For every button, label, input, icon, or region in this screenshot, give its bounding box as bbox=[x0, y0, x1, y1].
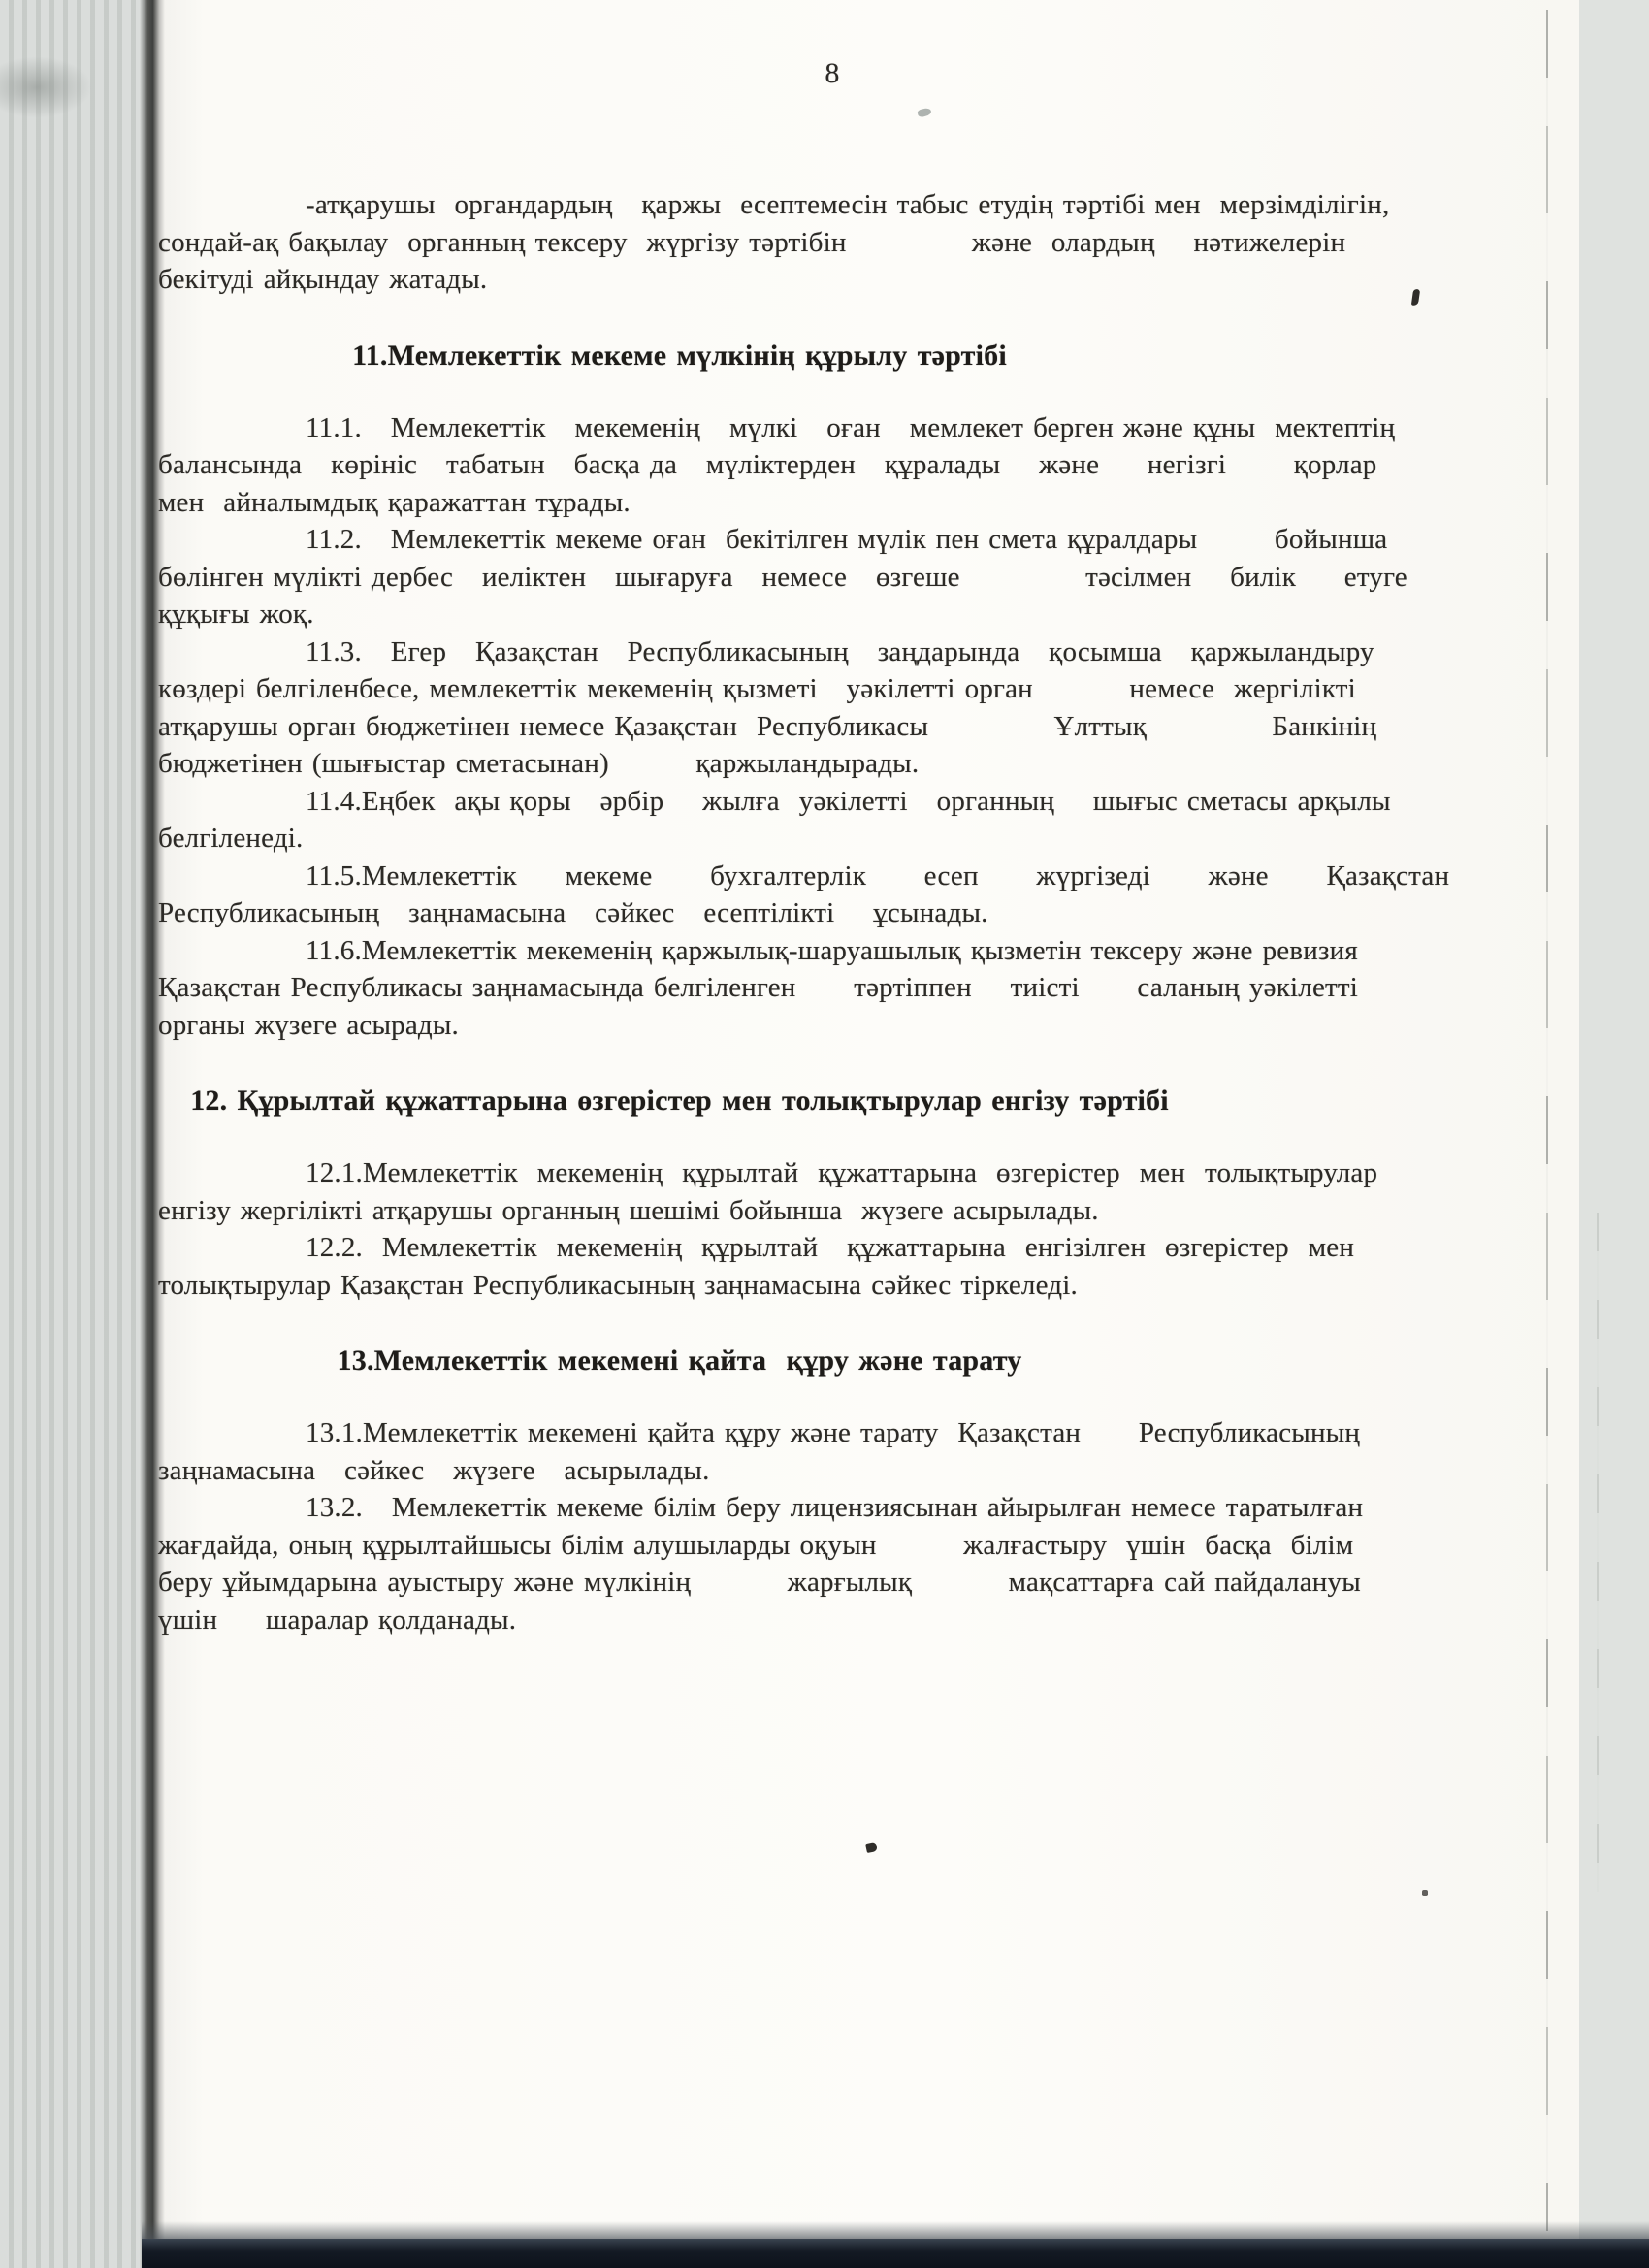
document-blocks: -атқарушы органдардың қаржы есептемесін … bbox=[158, 186, 1516, 1638]
text-line: үшін шаралар қолданады. bbox=[158, 1602, 1516, 1639]
text-line: 12.2. Мемлекеттік мекеменің құрылтай құж… bbox=[158, 1229, 1516, 1267]
text-line: белгіленеді. bbox=[158, 820, 1516, 858]
fold-line bbox=[1546, 10, 1548, 2231]
scanner-margin-right bbox=[1577, 0, 1649, 2268]
text-line: органы жүзеге асырады. bbox=[158, 1007, 1516, 1045]
text-line: -атқарушы органдардың қаржы есептемесін … bbox=[158, 186, 1516, 224]
text-line: Республикасының заңнамасына сәйкес есепт… bbox=[158, 894, 1516, 932]
text-line: 13.1.Мемлекеттік мекемені қайта құру жән… bbox=[158, 1414, 1516, 1452]
text-line: 11.6.Мемлекеттік мекеменің қаржылық-шару… bbox=[158, 932, 1516, 970]
scan-smudge bbox=[0, 56, 92, 118]
text-line: беру ұйымдарына ауыстыру және мүлкінің ж… bbox=[158, 1564, 1516, 1602]
text-line: заңнамасына сәйкес жүзеге асырылады. bbox=[158, 1452, 1516, 1490]
clause-13-2: 13.2. Мемлекеттік мекеме білім беру лице… bbox=[158, 1489, 1516, 1638]
text-line: 12.1.Мемлекеттік мекеменің құрылтай құжа… bbox=[158, 1154, 1516, 1192]
text-line: 11.3. Егер Қазақстан Республикасының заң… bbox=[158, 633, 1516, 671]
bottom-scan-fade bbox=[142, 2221, 1649, 2241]
fold-line-secondary bbox=[1597, 1213, 1599, 1892]
section-11-heading: 11.Мемлекеттік мекеме мүлкінің құрылу тә… bbox=[158, 336, 1201, 376]
clause-13-1: 13.1.Мемлекеттік мекемені қайта құру жән… bbox=[158, 1414, 1516, 1489]
clause-11-6: 11.6.Мемлекеттік мекеменің қаржылық-шару… bbox=[158, 932, 1516, 1045]
clause-11-1: 11.1. Мемлекеттік мекеменің мүлкі оған м… bbox=[158, 409, 1516, 522]
text-line: сондай-ақ бақылау органның тексеру жүргі… bbox=[158, 224, 1516, 262]
text-line: енгізу жергілікті атқарушы органның шеші… bbox=[158, 1192, 1516, 1230]
text-line: 13.2. Мемлекеттік мекеме білім беру лице… bbox=[158, 1489, 1516, 1527]
clause-11-3: 11.3. Егер Қазақстан Республикасының заң… bbox=[158, 633, 1516, 783]
section-13-heading: 13.Мемлекеттік мекемені қайта құру және … bbox=[158, 1341, 1201, 1381]
text-line: атқарушы орган бюджетінен немесе Қазақст… bbox=[158, 708, 1516, 746]
clause-12-2: 12.2. Мемлекеттік мекеменің құрылтай құж… bbox=[158, 1229, 1516, 1304]
text-line: жағдайда, оның құрылтайшысы білім алушыл… bbox=[158, 1527, 1516, 1565]
text-line: 11.4.Еңбек ақы қоры әрбір жылға уәкілетт… bbox=[158, 783, 1516, 821]
bottom-scan-band bbox=[142, 2239, 1649, 2268]
clause-11-4: 11.4.Еңбек ақы қоры әрбір жылға уәкілетт… bbox=[158, 783, 1516, 858]
text-line: құқығы жоқ. bbox=[158, 596, 1516, 633]
clause-11-2: 11.2. Мемлекеттік мекеме оған бекітілген… bbox=[158, 521, 1516, 633]
text-line: бөлінген мүлікті дербес иеліктен шығаруғ… bbox=[158, 559, 1516, 597]
text-line: бюджетінен (шығыстар сметасынан) қаржыла… bbox=[158, 745, 1516, 783]
text-line: 13.Мемлекеттік мекемені қайта құру және … bbox=[158, 1341, 1201, 1381]
text-line: мен айналымдық қаражаттан тұрады. bbox=[158, 484, 1516, 522]
text-line: 11.2. Мемлекеттік мекеме оған бекітілген… bbox=[158, 521, 1516, 559]
section-12-heading: 12. Құрылтай құжаттарына өзгерістер мен … bbox=[158, 1081, 1201, 1121]
clause-11-5: 11.5.Мемлекеттік мекеме бухгалтерлік есе… bbox=[158, 858, 1516, 932]
clause-12-1: 12.1.Мемлекеттік мекеменің құрылтай құжа… bbox=[158, 1154, 1516, 1229]
intro-paragraph: -атқарушы органдардың қаржы есептемесін … bbox=[158, 186, 1516, 299]
text-line: балансында көрініс табатын басқа да мүлі… bbox=[158, 446, 1516, 484]
document-text-column: 8 -атқарушы органдардың қаржы есептемесі… bbox=[158, 54, 1516, 1638]
text-line: көздері белгіленбесе, мемлекеттік мекеме… bbox=[158, 670, 1516, 708]
page-number: 8 bbox=[158, 54, 1506, 93]
text-line: Қазақстан Республикасы заңнамасында белг… bbox=[158, 969, 1516, 1007]
text-line: толықтырулар Қазақстан Республикасының з… bbox=[158, 1267, 1516, 1305]
text-line: 11.1. Мемлекеттік мекеменің мүлкі оған м… bbox=[158, 409, 1516, 447]
text-line: бекітуді айқындау жатады. bbox=[158, 261, 1516, 299]
text-line: 11.Мемлекеттік мекеме мүлкінің құрылу тә… bbox=[158, 336, 1201, 376]
text-line: 11.5.Мемлекеттік мекеме бухгалтерлік есе… bbox=[158, 858, 1516, 895]
scanner-margin-left bbox=[0, 0, 147, 2268]
ink-speck-small bbox=[1422, 1890, 1428, 1896]
text-line: 12. Құрылтай құжаттарына өзгерістер мен … bbox=[158, 1081, 1201, 1121]
